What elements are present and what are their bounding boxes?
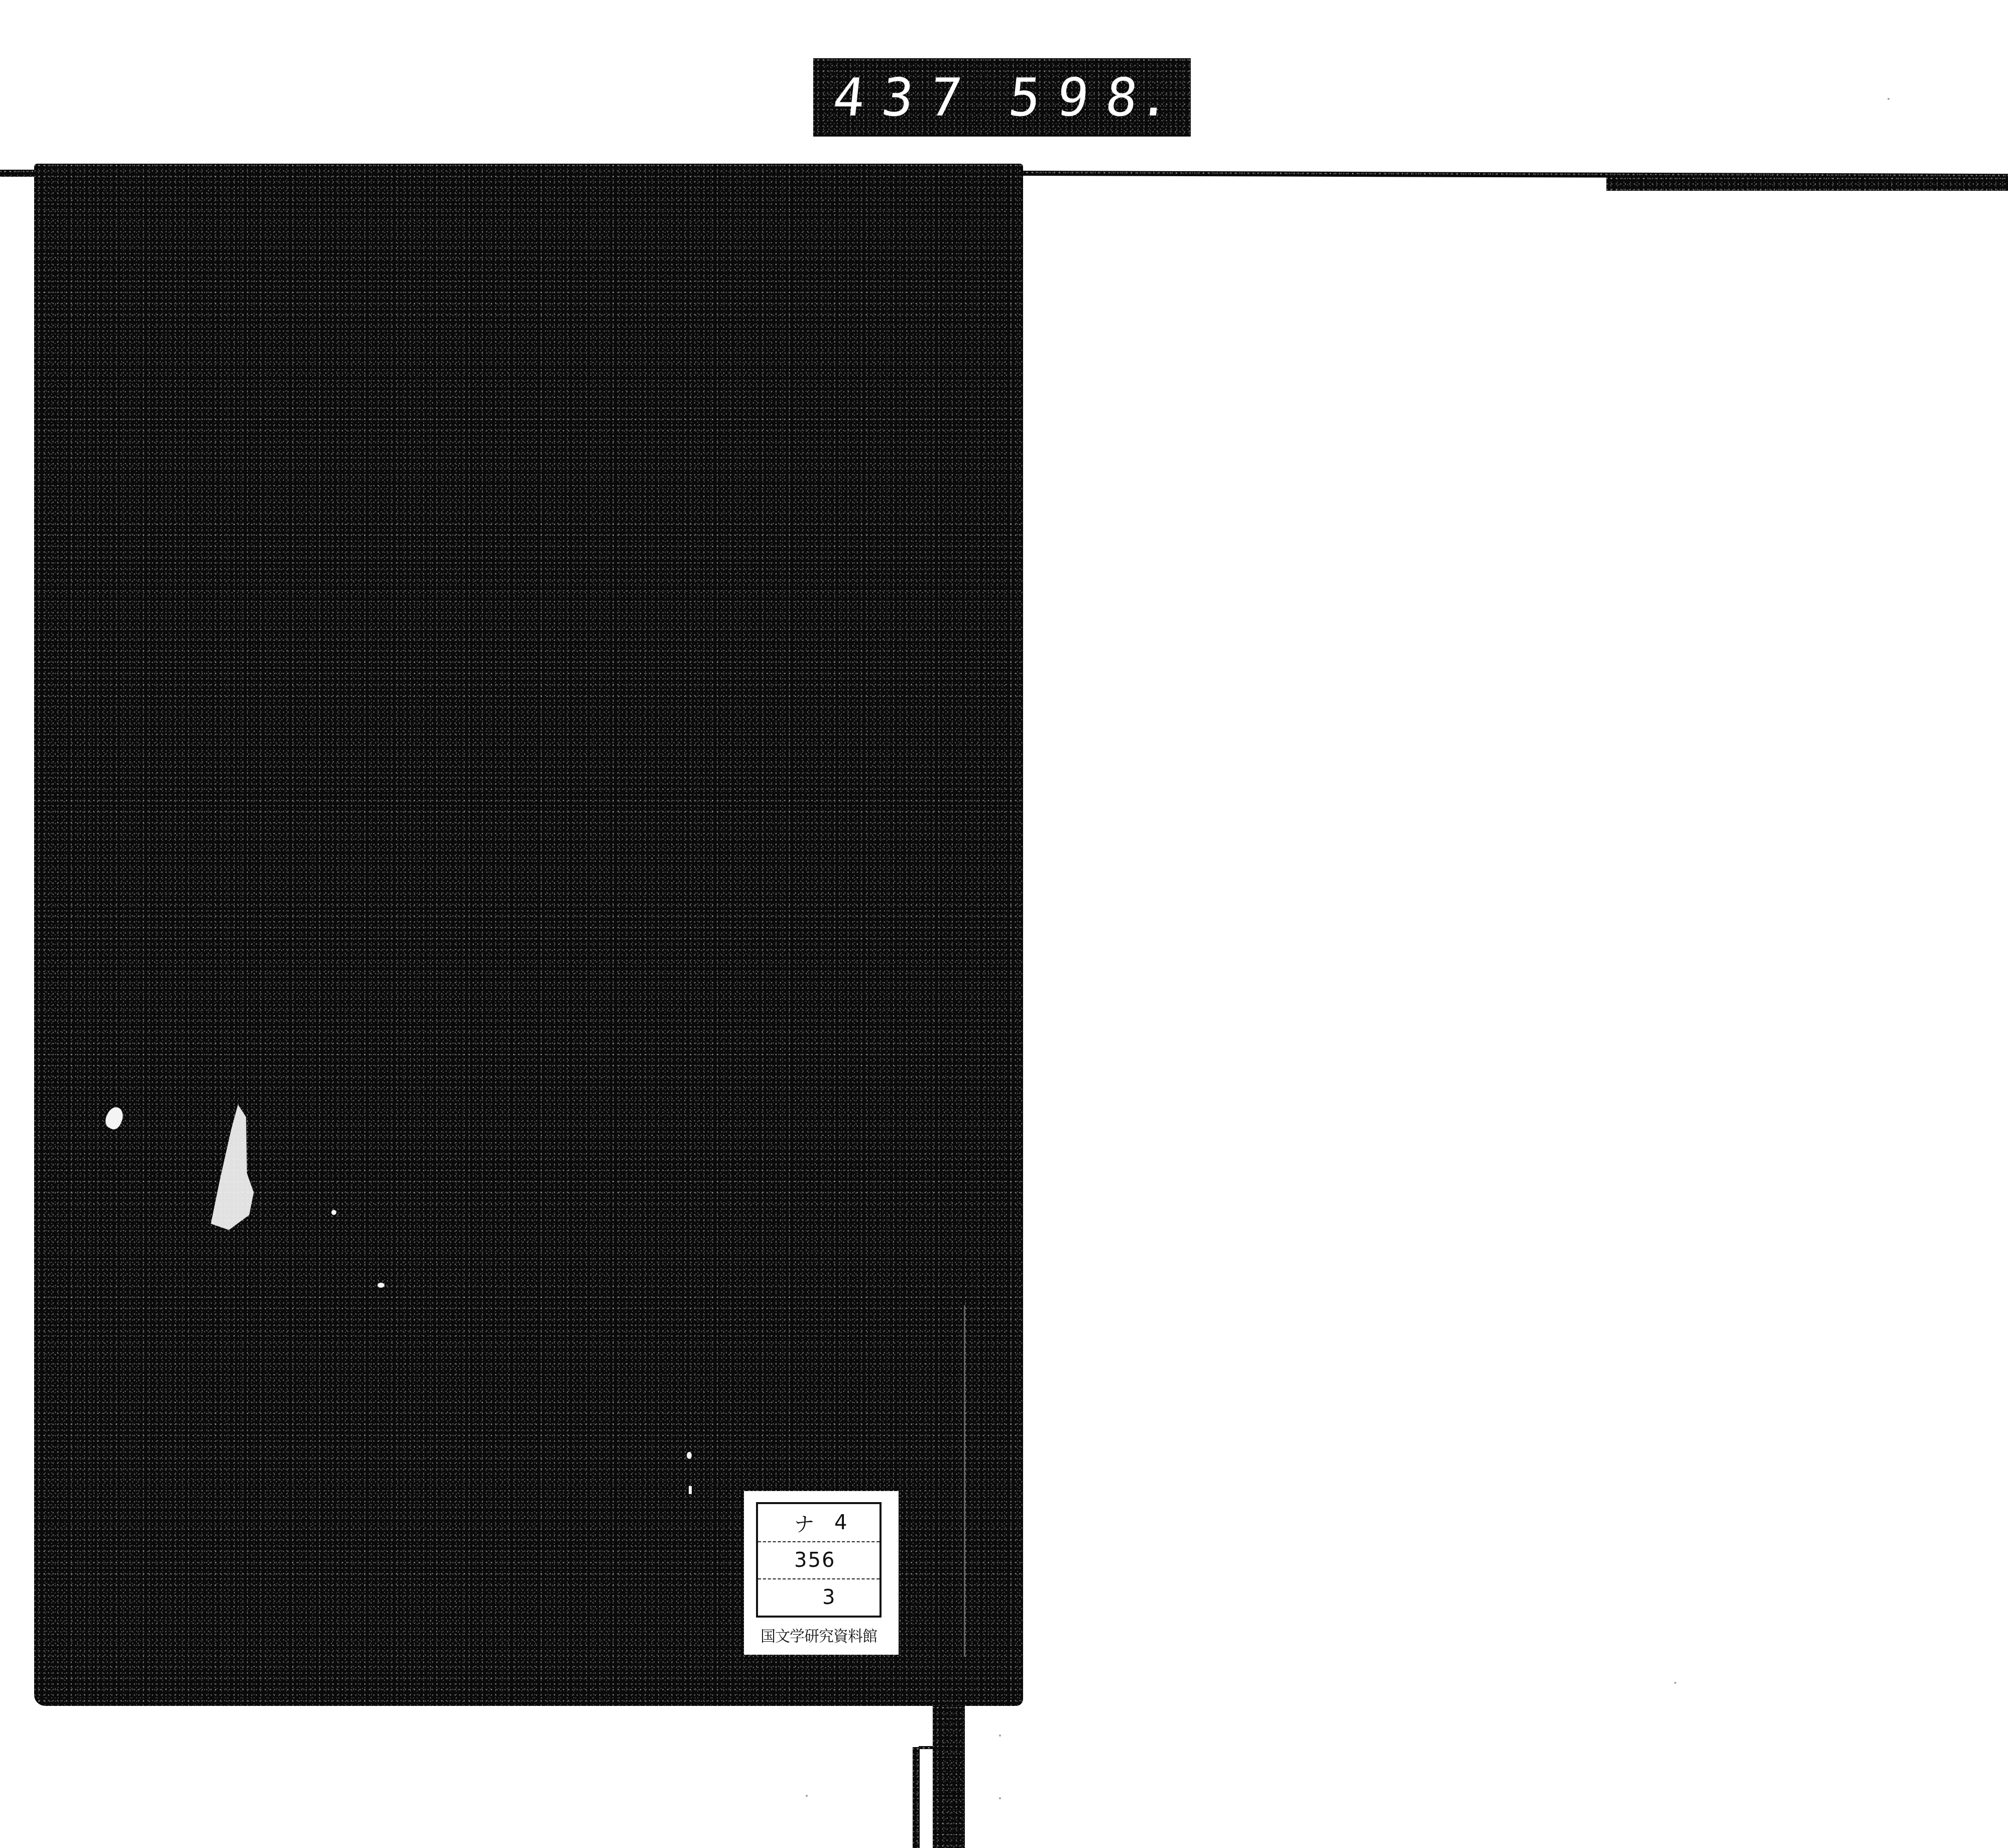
call-number-class: ナ [794,1509,814,1537]
reel-digit: 8 [1103,71,1140,124]
call-number-grid: ナ 4 356 3 [756,1502,882,1618]
call-number-row: 356 [758,1541,880,1578]
paper-speck [1888,98,1890,100]
reel-digit: 7 [928,71,965,124]
reel-number-right: 5 9 8 . [1009,71,1171,124]
paper-speck [806,1795,808,1797]
reel-digit: 4 [831,71,868,124]
call-number-row: ナ 4 [758,1504,880,1541]
call-number-row: 3 [758,1578,880,1616]
page-edge-rule-thick [1606,177,2008,191]
reel-digit: 5 [1006,71,1043,124]
paper-speck [999,1735,1001,1737]
paper-speck [999,1797,1001,1799]
bookmark-tab-thin [913,1747,920,1848]
wear-mark [687,1452,692,1459]
bookmark-tab [933,1706,965,1848]
book-cover [34,164,1023,1706]
reel-number-strip: 4 3 7 5 9 8 . [813,58,1191,137]
reel-number-left: 4 3 7 [833,71,962,124]
call-number-volume: 3 [822,1586,835,1609]
reel-digit-dot: . [1137,71,1174,124]
call-number-item: 356 [794,1549,835,1572]
wear-mark [378,1283,385,1288]
wear-mark [689,1486,692,1494]
library-call-number-label: ナ 4 356 3 国文学研究資料館 [744,1491,899,1655]
call-number-class-number: 4 [834,1511,847,1534]
paper-speck [1674,1682,1676,1684]
reel-digit: 9 [1055,71,1092,124]
wear-mark [331,1210,336,1215]
institution-name: 国文学研究資料館 [756,1624,882,1646]
page-edge-rule-left [0,170,36,177]
reel-digit: 3 [879,71,916,124]
cover-fold-line [964,1305,965,1657]
